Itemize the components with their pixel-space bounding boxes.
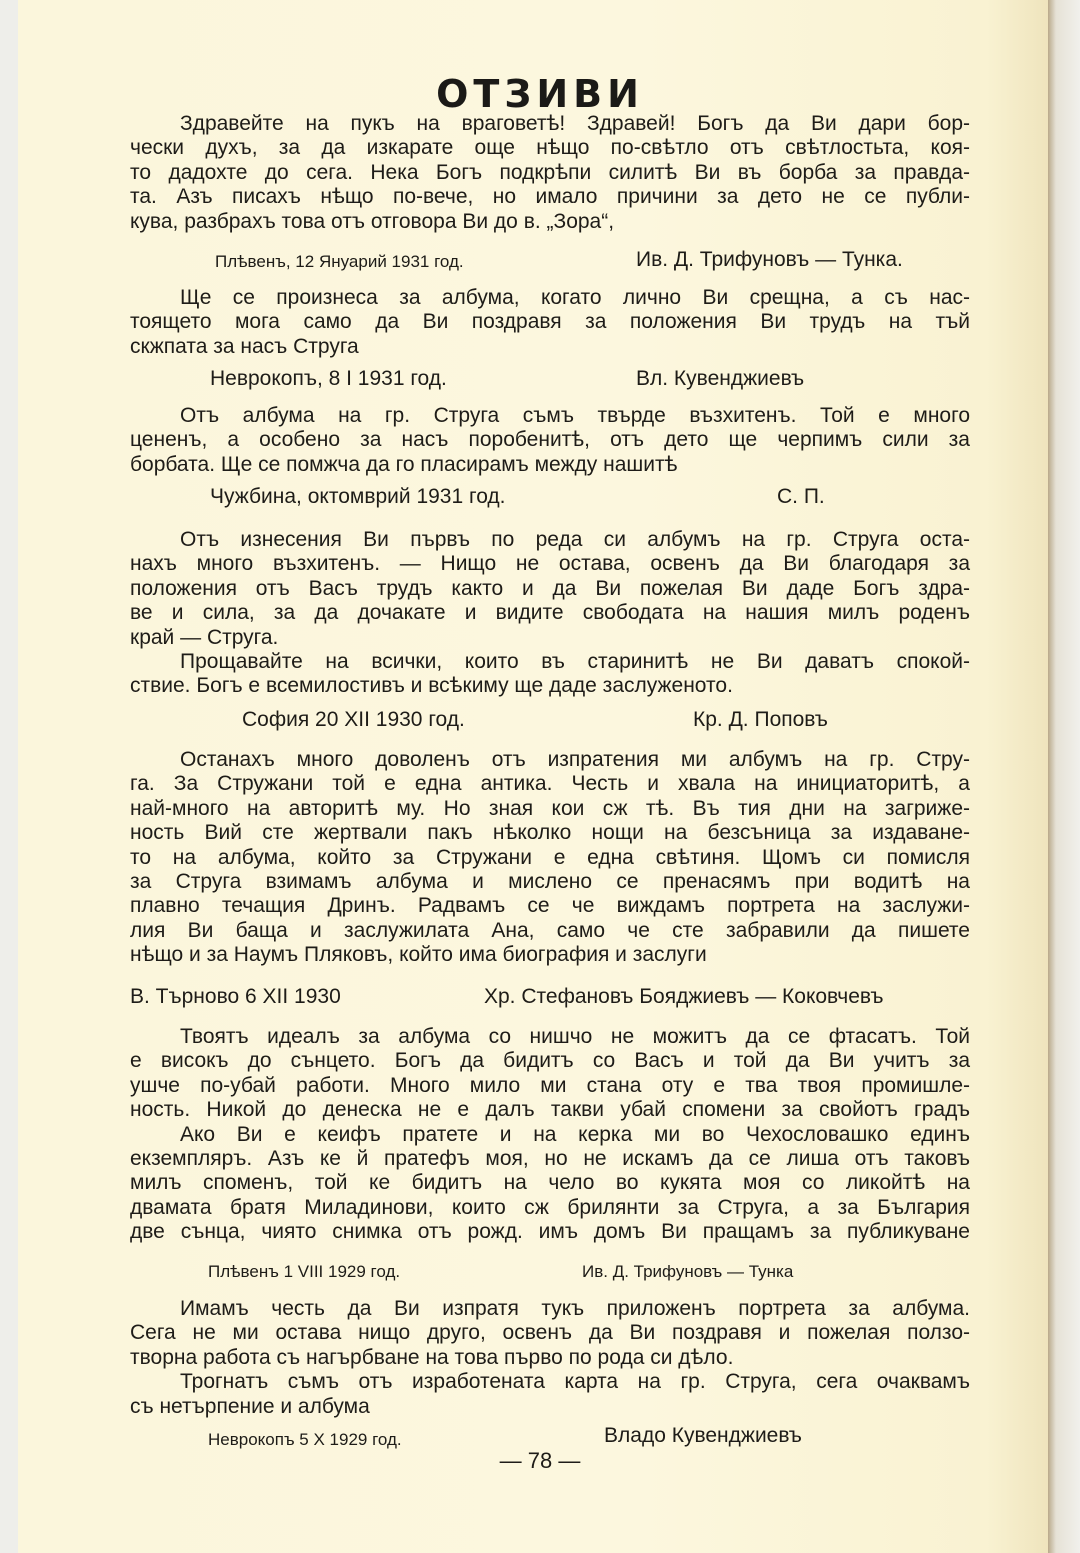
letter-4-author: Кр. Д. Поповъ [693,708,828,732]
letter-2-author: Вл. Кувенджиевъ [636,367,804,391]
text-line: нѣщо и за Наумъ Пляковъ, който има биогр… [130,943,970,967]
letter-3-place-date: Чужбина, октомврий 1931 год. [210,485,506,509]
text-line: ве и сила, за да дочакате и видите свобо… [130,601,970,625]
text-line: лия Ви баща и заслужилата Ана, само че с… [130,919,970,943]
letter-1-author: Ив. Д. Трифуновъ — Тунка. [636,248,903,272]
text-line: ствие. Богъ е всемилостивъ и всѣкиму ще … [130,674,970,698]
letter-6-body: Твоятъ идеалъ за албума со нишчо не можи… [130,1025,970,1245]
text-line: две сънца, чиято снимка отъ рожд. имъ до… [130,1220,970,1244]
letter-5-author: Хр. Стефановъ Бояджиевъ — Коковчевъ [484,985,883,1009]
text-line: кува, разбрахъ това отъ отговора Ви до в… [130,210,970,234]
text-line: цененъ, а особено за насъ поробенитѣ, от… [130,428,970,452]
page-number: — 78 — [0,1448,1080,1474]
text-line: положения отъ Васъ трудъ както и да Ви п… [130,577,970,601]
text-line: та. Азъ писахъ нѣщо по-вече, но имало пр… [130,185,970,209]
letter-7-body: Имамъ честь да Ви изпратя тукъ приложенъ… [130,1297,970,1419]
text-line: за Струга взимамъ албума и мислено се пр… [130,870,970,894]
text-line: милъ споменъ, той ке бидитъ на чело во к… [130,1171,970,1195]
text-line: ушче по-убай работи. Много мило ми стана… [130,1074,970,1098]
text-line: най-много на авторитѣ му. Но зная кои сж… [130,797,970,821]
text-line: Прощавайте на всички, които въ старинитѣ… [130,650,970,674]
page-edge [1048,0,1080,1553]
letter-2-place-date: Неврокопъ, 8 I 1931 год. [210,367,447,391]
letter-4-body: Отъ изнесения Ви първъ по реда си албумъ… [130,528,970,699]
letter-1-body: Здравейте на пукъ на враговетѣ! Здравей!… [130,112,970,234]
text-line: Отъ изнесения Ви първъ по реда си албумъ… [130,528,970,552]
text-line: творна работа съ нагърбване на това първ… [130,1346,970,1370]
letter-5-place-date: В. Търново 6 XII 1930 [130,985,341,1009]
text-line: скжпата за насъ Струга [130,335,970,359]
text-line: нахъ много възхитенъ. — Нищо не остава, … [130,552,970,576]
text-line: Здравейте на пукъ на враговетѣ! Здравей!… [130,112,970,136]
text-line: га. За Стружани той е една антика. Честь… [130,772,970,796]
text-line: Отъ албума на гр. Струга съмъ твърде въз… [130,404,970,428]
text-line: то на албума, който за Стружани е една с… [130,846,970,870]
text-line: Сега не ми остава нищо друго, освенъ да … [130,1321,970,1345]
text-line: съ нетърпение и албума [130,1395,970,1419]
letter-2-body: Ще се произнеса за албума, когато лично … [130,286,970,359]
text-line: двамата братя Миладинови, които сж бриля… [130,1196,970,1220]
letter-6-author: Ив. Д. Трифуновъ — Тунка [582,1262,793,1282]
text-line: Твоятъ идеалъ за албума со нишчо не можи… [130,1025,970,1049]
text-line: екземпляръ. Азъ ке й пратефъ моя, но не … [130,1147,970,1171]
text-line: Трогнатъ съмъ отъ изработената карта на … [130,1370,970,1394]
text-line: Ще се произнеса за албума, когато лично … [130,286,970,310]
text-line: то дадохте до сега. Нека Богъ подкрѣпи с… [130,161,970,185]
text-line: Останахъ много доволенъ отъ изпратения м… [130,748,970,772]
text-line: борбата. Ще се помжча да го пласирамъ ме… [130,453,970,477]
letter-5-body: Останахъ много доволенъ отъ изпратения м… [130,748,970,968]
letter-6-place-date: Плѣвенъ 1 VIII 1929 год. [208,1262,400,1282]
text-line: плавно течащия Дринъ. Радвамъ се че вижд… [130,894,970,918]
letter-7-author: Владо Кувенджиевъ [604,1424,802,1448]
text-line: ность Вий сте жертвали пакъ нѣколко нощи… [130,821,970,845]
text-line: тоящето мога само да Ви поздравя за поло… [130,310,970,334]
text-line: край — Струга. [130,626,970,650]
letter-7-place-date: Неврокопъ 5 X 1929 год. [208,1430,402,1450]
letter-3-body: Отъ албума на гр. Струга съмъ твърде въз… [130,404,970,477]
letter-4-place-date: София 20 XII 1930 год. [242,708,465,732]
text-line: Ако Ви е кеифъ пратете и на керка ми во … [130,1123,970,1147]
text-line: ность. Никой до денеска не е далъ такви … [130,1098,970,1122]
letter-1-place-date: Плѣвенъ, 12 Януарий 1931 год. [215,252,464,272]
letter-3-author: С. П. [777,485,825,509]
text-line: чески духъ, за да изкарате още нѣщо по-с… [130,136,970,160]
text-line: Имамъ честь да Ви изпратя тукъ приложенъ… [130,1297,970,1321]
text-line: е високъ до сънцето. Богъ да бидитъ со В… [130,1049,970,1073]
page-title: ОТЗИВИ [0,72,1080,116]
